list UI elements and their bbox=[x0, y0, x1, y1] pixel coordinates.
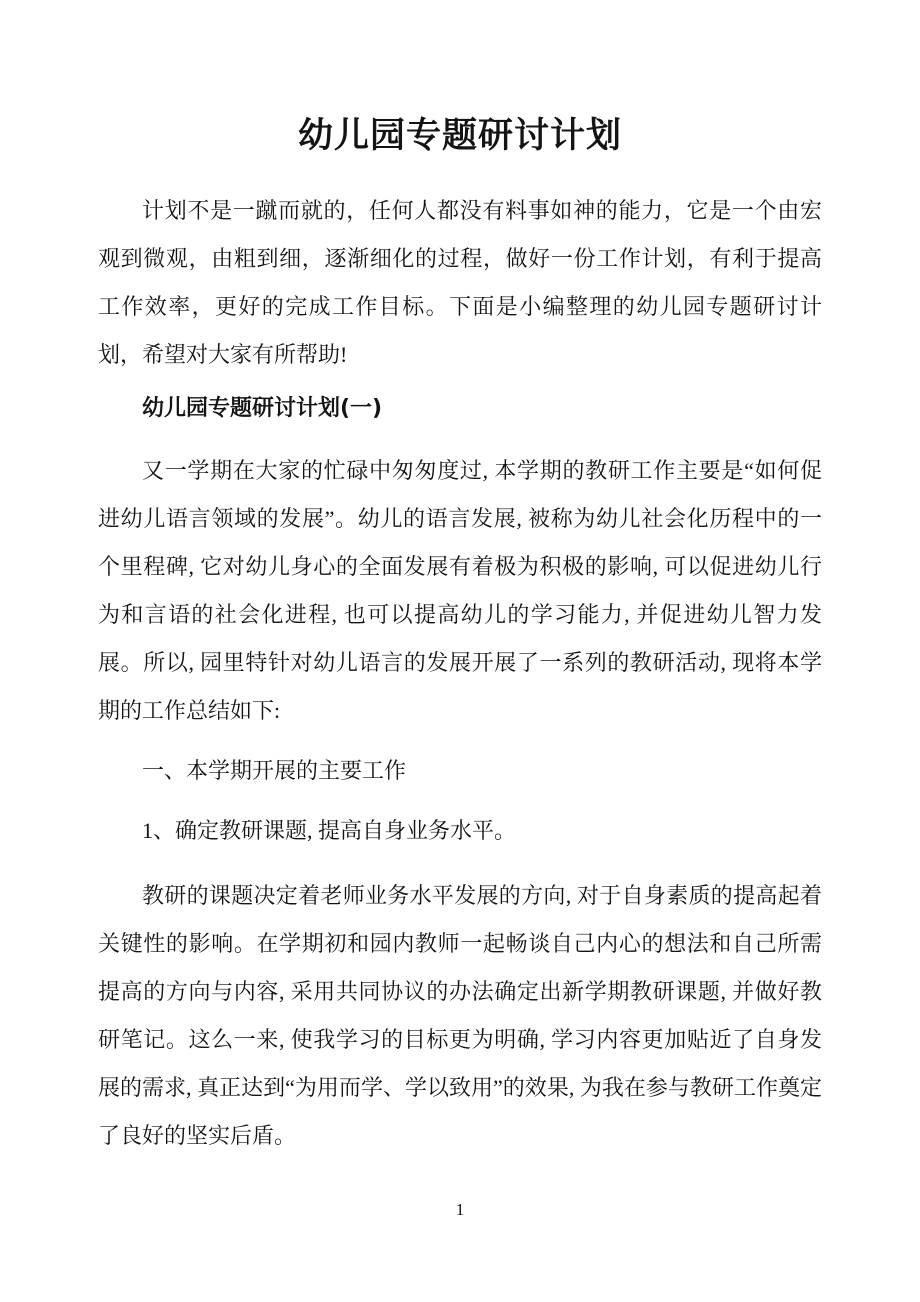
numbered-heading-2: 1、确定教研课题, 提高自身业务水平。 bbox=[98, 807, 822, 855]
numbered-heading-1: 一、本学期开展的主要工作 bbox=[98, 747, 822, 795]
page-number: 1 bbox=[0, 1198, 920, 1222]
section-subtitle: 幼儿园专题研讨计划(一) bbox=[98, 385, 822, 433]
intro-paragraph: 计划不是一蹴而就的，任何人都没有料事如神的能力，它是一个由宏观到微观，由粗到细，… bbox=[98, 187, 822, 379]
body-paragraph: 又一学期在大家的忙碌中匆匆度过, 本学期的教研工作主要是“如何促进幼儿语言领域的… bbox=[98, 447, 822, 735]
page-title: 幼儿园专题研讨计划 bbox=[98, 0, 822, 160]
document-page: 幼儿园专题研讨计划 计划不是一蹴而就的，任何人都没有料事如神的能力，它是一个由宏… bbox=[0, 0, 920, 1302]
body-paragraph: 教研的课题决定着老师业务水平发展的方向, 对于自身素质的提高起着关键性的影响。在… bbox=[98, 872, 822, 1160]
document-content: 幼儿园专题研讨计划 计划不是一蹴而就的，任何人都没有料事如神的能力，它是一个由宏… bbox=[0, 0, 920, 1160]
